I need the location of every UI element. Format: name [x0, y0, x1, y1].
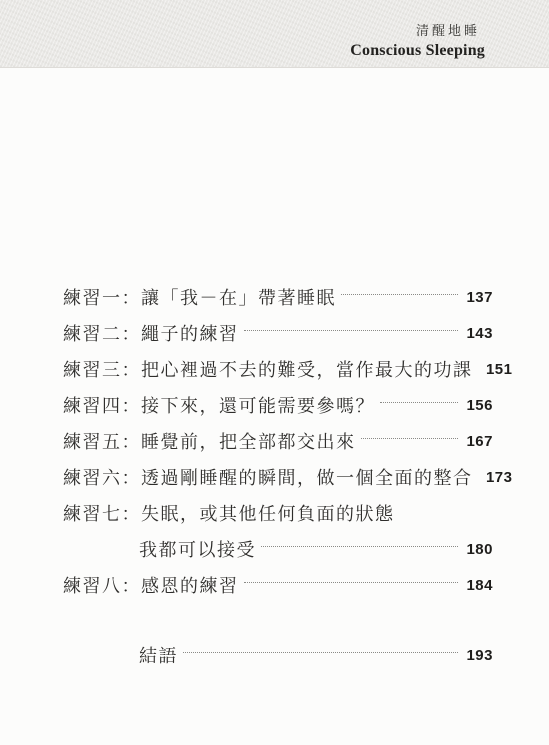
toc-page-number: 193 [463, 647, 493, 664]
dotted-leader [341, 294, 458, 295]
toc-page-number: 184 [463, 577, 493, 594]
book-title-english: Conscious Sleeping [350, 42, 485, 60]
book-page: 清醒地睡 Conscious Sleeping 練習一：讓「我－在」帶著睡眠 1… [0, 0, 549, 745]
dotted-leader [261, 546, 458, 547]
table-of-contents: 練習一：讓「我－在」帶著睡眠 137 練習二：繩子的練習 143 練習三：把心裡… [63, 279, 493, 673]
page-top-band: 清醒地睡 Conscious Sleeping [0, 0, 549, 68]
toc-entry-exercise-1: 練習一：讓「我－在」帶著睡眠 137 [63, 279, 493, 315]
running-head: 清醒地睡 Conscious Sleeping [350, 20, 485, 60]
toc-entry-label: 練習七：失眠，或其他任何負面的狀態 [63, 500, 395, 526]
toc-page-number: 173 [483, 469, 513, 486]
toc-entry-exercise-7-line-2: 我都可以接受 180 [63, 531, 493, 567]
toc-entry-label: 練習五：睡覺前，把全部都交出來 [63, 428, 356, 454]
toc-page-number: 180 [463, 541, 493, 558]
toc-entry-label: 練習八：感恩的練習 [63, 572, 239, 598]
toc-page-number: 151 [483, 361, 513, 378]
toc-page-number: 137 [463, 289, 493, 306]
toc-entry-conclusion: 結語 193 [63, 637, 493, 673]
toc-page-number: 167 [463, 433, 493, 450]
toc-entry-exercise-3: 練習三：把心裡過不去的難受，當作最大的功課 151 [63, 351, 493, 387]
dotted-leader [361, 438, 459, 439]
dotted-leader [244, 330, 459, 331]
toc-entry-exercise-4: 練習四：接下來，還可能需要參嗎？ 156 [63, 387, 493, 423]
toc-entry-exercise-5: 練習五：睡覺前，把全部都交出來 167 [63, 423, 493, 459]
dotted-leader [183, 652, 458, 653]
toc-entry-label: 練習六：透過剛睡醒的瞬間，做一個全面的整合 [63, 464, 473, 490]
toc-entry-exercise-2: 練習二：繩子的練習 143 [63, 315, 493, 351]
dotted-leader [244, 582, 459, 583]
toc-entry-label: 練習二：繩子的練習 [63, 320, 239, 346]
toc-entry-exercise-7-line-1: 練習七：失眠，或其他任何負面的狀態 [63, 495, 493, 531]
toc-entry-label: 我都可以接受 [63, 536, 256, 562]
dotted-leader [380, 402, 458, 403]
toc-entry-label: 結語 [63, 642, 178, 668]
toc-page-number: 143 [463, 325, 493, 342]
toc-entry-exercise-8: 練習八：感恩的練習 184 [63, 567, 493, 603]
toc-entry-label: 練習四：接下來，還可能需要參嗎？ [63, 392, 375, 418]
toc-page-number: 156 [463, 397, 493, 414]
toc-entry-exercise-6: 練習六：透過剛睡醒的瞬間，做一個全面的整合 173 [63, 459, 493, 495]
toc-entry-label: 練習一：讓「我－在」帶著睡眠 [63, 284, 336, 310]
book-title-chinese: 清醒地睡 [350, 20, 485, 39]
toc-entry-label: 練習三：把心裡過不去的難受，當作最大的功課 [63, 356, 473, 382]
